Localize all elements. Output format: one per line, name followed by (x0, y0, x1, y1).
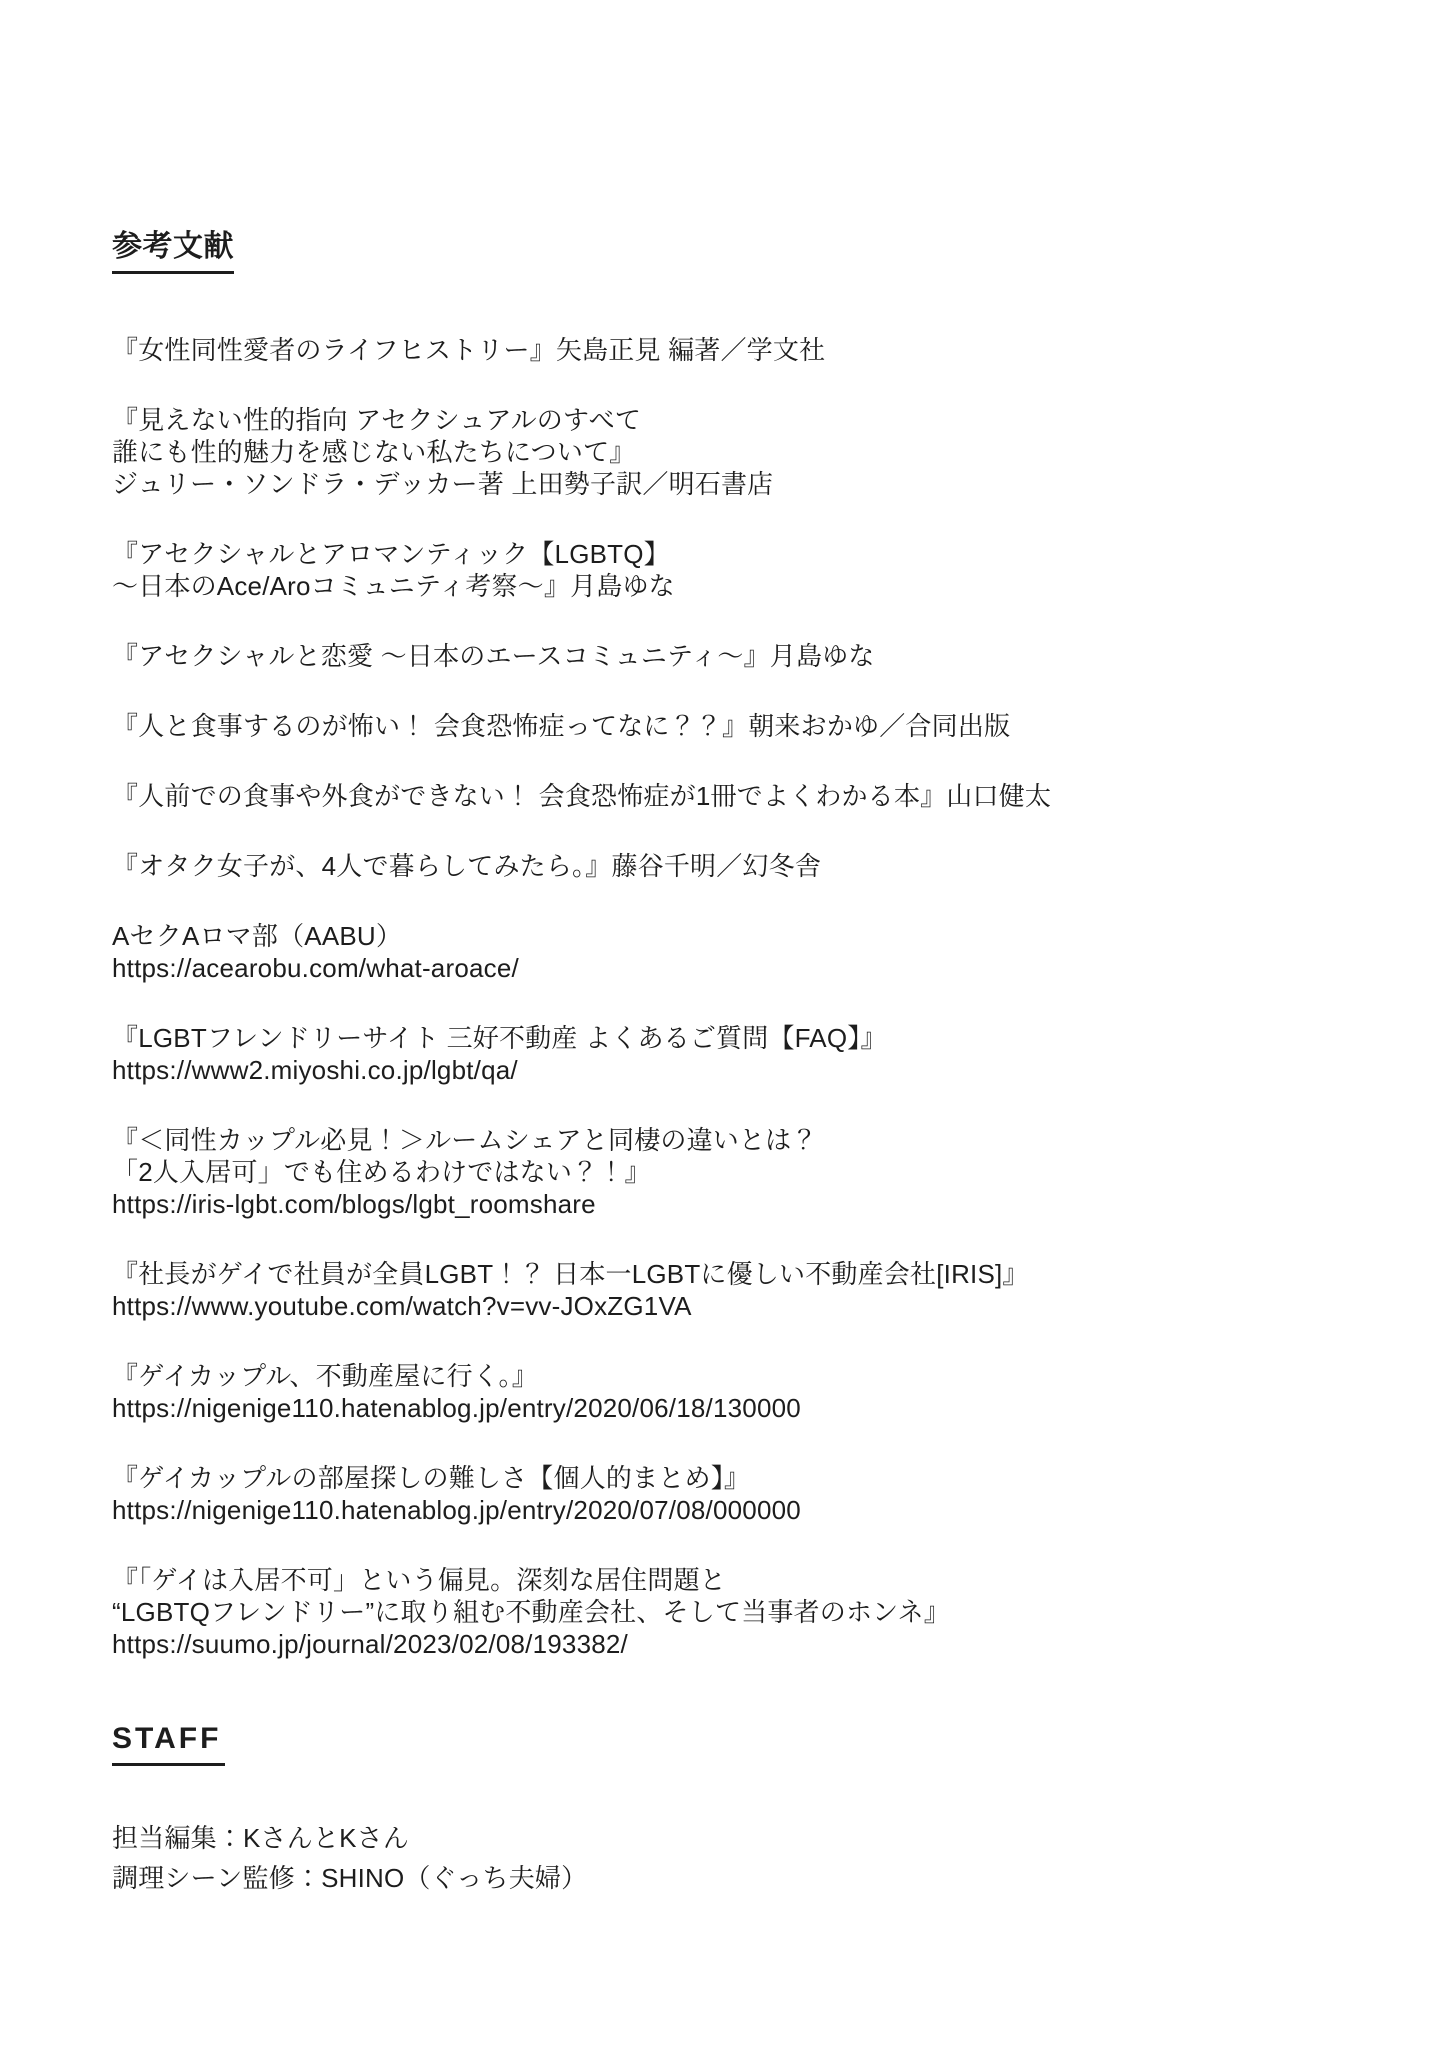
reference-item-lines: 『アセクシャルとアロマンティック【LGBTQ】〜日本のAce/Aroコミュニティ… (112, 538, 1360, 602)
reference-line: 『アセクシャルと恋愛 〜日本のエースコミュニティ〜』月島ゆな (112, 640, 1360, 672)
staff-line: 担当編集：KさんとKさん (112, 1818, 1360, 1858)
reference-item-lines: 『女性同性愛者のライフヒストリー』矢島正見 編著／学文社 (112, 334, 1360, 366)
reference-line: 『オタク女子が、4人で暮らしてみたら。』藤谷千明／幻冬舎 (112, 850, 1360, 882)
reference-item-lines: 『アセクシャルと恋愛 〜日本のエースコミュニティ〜』月島ゆな (112, 640, 1360, 672)
reference-item-lines: 『「ゲイは入居不可」という偏見。深刻な居住問題と“LGBTQフレンドリー”に取り… (112, 1564, 1360, 1660)
reference-line: 『人前での食事や外食ができない！ 会食恐怖症が1冊でよくわかる本』山口健太 (112, 780, 1360, 812)
reference-line: AセクAロマ部（AABU） (112, 920, 1360, 952)
reference-item: 『女性同性愛者のライフヒストリー』矢島正見 編著／学文社 (112, 334, 1360, 366)
reference-line: “LGBTQフレンドリー”に取り組む不動産会社、そして当事者のホンネ』 (112, 1596, 1360, 1628)
reference-item-lines: 『ゲイカップル、不動産屋に行く。』https://nigenige110.hat… (112, 1360, 1360, 1424)
reference-item-lines: 『人前での食事や外食ができない！ 会食恐怖症が1冊でよくわかる本』山口健太 (112, 780, 1360, 812)
staff-line: 調理シーン監修：SHINO（ぐっち夫婦） (112, 1858, 1360, 1898)
references-heading: 参考文献 (112, 232, 1360, 274)
references-heading-text: 参考文献 (112, 232, 234, 274)
reference-line: 誰にも性的魅力を感じない私たちについて』 (112, 436, 1360, 468)
reference-line: 『ゲイカップルの部屋探しの難しさ【個人的まとめ】』 (112, 1462, 1360, 1494)
reference-item: 『「ゲイは入居不可」という偏見。深刻な居住問題と“LGBTQフレンドリー”に取り… (112, 1564, 1360, 1660)
reference-line: https://www2.miyoshi.co.jp/lgbt/qa/ (112, 1054, 1360, 1086)
reference-list: 『女性同性愛者のライフヒストリー』矢島正見 編著／学文社 『見えない性的指向 ア… (112, 334, 1360, 1660)
reference-line: 『人と食事するのが怖い！ 会食恐怖症ってなに？？』朝来おかゆ／合同出版 (112, 710, 1360, 742)
reference-line: 『＜同性カップル必見！＞ルームシェアと同棲の違いとは？ (112, 1124, 1360, 1156)
reference-line: 『「ゲイは入居不可」という偏見。深刻な居住問題と (112, 1564, 1360, 1596)
reference-item-lines: 『社長がゲイで社員が全員LGBT！？ 日本一LGBTに優しい不動産会社[IRIS… (112, 1258, 1360, 1322)
reference-line: 『女性同性愛者のライフヒストリー』矢島正見 編著／学文社 (112, 334, 1360, 366)
reference-line: 『ゲイカップル、不動産屋に行く。』 (112, 1360, 1360, 1392)
reference-item-lines: 『人と食事するのが怖い！ 会食恐怖症ってなに？？』朝来おかゆ／合同出版 (112, 710, 1360, 742)
reference-item: 『見えない性的指向 アセクシュアルのすべて誰にも性的魅力を感じない私たちについて… (112, 404, 1360, 500)
staff-heading: STAFF (112, 1724, 1360, 1766)
reference-item-lines: AセクAロマ部（AABU）https://acearobu.com/what-a… (112, 920, 1360, 984)
staff-list: 担当編集：KさんとKさん 調理シーン監修：SHINO（ぐっち夫婦） (112, 1818, 1360, 1898)
reference-line: 「2人入居可」でも住めるわけではない？！』 (112, 1156, 1360, 1188)
reference-item: AセクAロマ部（AABU）https://acearobu.com/what-a… (112, 920, 1360, 984)
reference-line: https://iris-lgbt.com/blogs/lgbt_roomsha… (112, 1188, 1360, 1220)
reference-item: 『社長がゲイで社員が全員LGBT！？ 日本一LGBTに優しい不動産会社[IRIS… (112, 1258, 1360, 1322)
reference-line: 『社長がゲイで社員が全員LGBT！？ 日本一LGBTに優しい不動産会社[IRIS… (112, 1258, 1360, 1290)
reference-item: 『ゲイカップル、不動産屋に行く。』https://nigenige110.hat… (112, 1360, 1360, 1424)
reference-line: https://www.youtube.com/watch?v=vv-JOxZG… (112, 1290, 1360, 1322)
reference-line: 〜日本のAce/Aroコミュニティ考察〜』月島ゆな (112, 570, 1360, 602)
staff-heading-text: STAFF (112, 1724, 225, 1766)
reference-item: 『人前での食事や外食ができない！ 会食恐怖症が1冊でよくわかる本』山口健太 (112, 780, 1360, 812)
reference-item: 『アセクシャルとアロマンティック【LGBTQ】〜日本のAce/Aroコミュニティ… (112, 538, 1360, 602)
reference-item: 『アセクシャルと恋愛 〜日本のエースコミュニティ〜』月島ゆな (112, 640, 1360, 672)
reference-line: https://suumo.jp/journal/2023/02/08/1933… (112, 1628, 1360, 1660)
reference-item: 『人と食事するのが怖い！ 会食恐怖症ってなに？？』朝来おかゆ／合同出版 (112, 710, 1360, 742)
reference-item-lines: 『ゲイカップルの部屋探しの難しさ【個人的まとめ】』https://nigenig… (112, 1462, 1360, 1526)
reference-line: https://nigenige110.hatenablog.jp/entry/… (112, 1392, 1360, 1424)
reference-line: https://nigenige110.hatenablog.jp/entry/… (112, 1494, 1360, 1526)
reference-line: 『アセクシャルとアロマンティック【LGBTQ】 (112, 538, 1360, 570)
reference-item: 『＜同性カップル必見！＞ルームシェアと同棲の違いとは？「2人入居可」でも住めるわ… (112, 1124, 1360, 1220)
reference-item: 『LGBTフレンドリーサイト 三好不動産 よくあるご質問【FAQ】』https:… (112, 1022, 1360, 1086)
document-page: 参考文献 『女性同性愛者のライフヒストリー』矢島正見 編著／学文社 『見えない性… (0, 0, 1440, 2048)
reference-line: ジュリー・ソンドラ・デッカー著 上田勢子訳／明石書店 (112, 468, 1360, 500)
reference-line: 『見えない性的指向 アセクシュアルのすべて (112, 404, 1360, 436)
reference-item-lines: 『見えない性的指向 アセクシュアルのすべて誰にも性的魅力を感じない私たちについて… (112, 404, 1360, 500)
reference-item: 『ゲイカップルの部屋探しの難しさ【個人的まとめ】』https://nigenig… (112, 1462, 1360, 1526)
reference-item-lines: 『LGBTフレンドリーサイト 三好不動産 よくあるご質問【FAQ】』https:… (112, 1022, 1360, 1086)
reference-line: https://acearobu.com/what-aroace/ (112, 952, 1360, 984)
reference-item: 『オタク女子が、4人で暮らしてみたら。』藤谷千明／幻冬舎 (112, 850, 1360, 882)
reference-item-lines: 『オタク女子が、4人で暮らしてみたら。』藤谷千明／幻冬舎 (112, 850, 1360, 882)
reference-item-lines: 『＜同性カップル必見！＞ルームシェアと同棲の違いとは？「2人入居可」でも住めるわ… (112, 1124, 1360, 1220)
reference-line: 『LGBTフレンドリーサイト 三好不動産 よくあるご質問【FAQ】』 (112, 1022, 1360, 1054)
